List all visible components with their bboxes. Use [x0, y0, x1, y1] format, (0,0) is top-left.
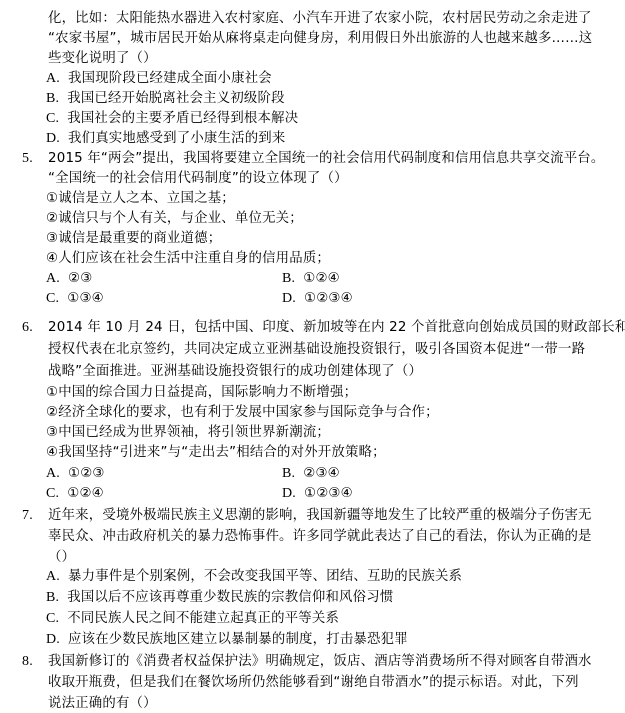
question-6-stem-line-1: 2014 年 10 月 24 日，包括中国、印度、新加坡等在内 22 个首批意向… [48, 318, 625, 338]
question-5-statement-1: ①诚信是立人之本、立国之基； [46, 189, 235, 209]
option-letter: A. [46, 569, 60, 584]
question-4-option-c: C.我国社会的主要矛盾已经得到根本解决 [46, 109, 298, 129]
question-6-statement-2: ②经济全球化的要求，也有利于发展中国家参与国际竞争与合作； [46, 403, 439, 423]
option-text: ②③④ [303, 466, 340, 481]
option-text: 我们真实地感受到了小康生活的到来 [68, 131, 285, 146]
question-5-option-d: D.①②③④ [282, 289, 353, 309]
question-8-stem-line-3: 说法正确的有（） [48, 694, 157, 713]
question-6-option-b: B.②③④ [282, 464, 340, 484]
question-8-stem-line-1: 我国新修订的《消费者权益保护法》明确规定，饭店、酒店等消费场所不得对顾客自带酒水 [48, 652, 592, 672]
question-6-statement-3: ③中国已经成为世界领袖，将引领世界新潮流； [46, 423, 330, 443]
question-4-option-b: B.我国已经开始脱离社会主义初级阶段 [46, 89, 285, 109]
question-6-option-a: A.①②③ [46, 464, 105, 484]
option-text: 我国社会的主要矛盾已经得到根本解决 [67, 111, 298, 126]
question-number: 6. [22, 318, 33, 338]
question-6-option-d: D.①②③④ [282, 484, 353, 504]
option-letter: B. [46, 590, 59, 605]
option-text: 不同民族人民之间不能建立起真正的平等关系 [67, 611, 339, 626]
option-letter: C. [46, 291, 59, 306]
option-letter: B. [282, 271, 295, 286]
option-letter: D. [282, 291, 296, 306]
question-5-stem-line-2: “全国统一的社会信用代码制度”的设立体现了（） [48, 169, 348, 189]
option-letter: A. [46, 271, 60, 286]
option-text: ①②③④ [304, 291, 353, 306]
option-letter: D. [46, 632, 60, 647]
question-7-option-c: C.不同民族人民之间不能建立起真正的平等关系 [46, 609, 339, 629]
question-8-stem-line-2: 收取开瓶费，但是我们在餐饮场所仍然能够看到“谢绝自带酒水”的提示标语。对此，下列 [48, 673, 579, 693]
question-7-stem-line-2: 辜民众、冲击政府机关的暴力恐怖事件。许多同学就此表达了自己的看法，你认为正确的是 [48, 527, 592, 547]
question-6-stem-line-3: 战略”全面推进。亚洲基础设施投资银行的成功创建体现了（） [48, 362, 422, 382]
question-4-option-a: A.我国现阶段已经建成全面小康社会 [46, 69, 272, 89]
option-text: ①②④ [67, 486, 104, 501]
option-text: ①②④ [303, 271, 340, 286]
option-letter: D. [282, 486, 296, 501]
option-letter: A. [46, 466, 60, 481]
question-6-option-c: C.①②④ [46, 484, 104, 504]
question-4-stem-line-3: 些变化说明了（） [48, 49, 157, 69]
question-7-option-b: B.我国以后不应该再尊重少数民族的宗教信仰和风俗习惯 [46, 588, 393, 608]
question-5-statement-4: ④人们应该在社会生活中注重自身的信用品质； [46, 249, 330, 269]
question-4-stem-line-2: “农家书屋”，城市居民开始从麻将桌走向健身房，利用假日外出旅游的人也越来越多……… [48, 29, 592, 49]
question-5-statement-3: ③诚信是最重要的商业道德； [46, 229, 221, 249]
option-text: 我国以后不应该再尊重少数民族的宗教信仰和风俗习惯 [67, 590, 393, 605]
question-6-statement-4: ④我国坚持“引进来”与“走出去”相结合的对外开放策略； [46, 443, 386, 463]
option-letter: B. [282, 466, 295, 481]
question-number: 7. [22, 506, 33, 526]
option-letter: C. [46, 611, 59, 626]
question-number: 8. [22, 652, 33, 672]
option-letter: D. [46, 131, 60, 146]
option-letter: A. [46, 71, 60, 86]
option-letter: B. [46, 91, 59, 106]
question-7-stem-line-1: 近年来，受境外极端民族主义思潮的影响，我国新疆等地发生了比较严重的极端分子伤害无 [48, 506, 592, 526]
option-text: 暴力事件是个别案例，不会改变我国平等、团结、互助的民族关系 [68, 569, 462, 584]
question-5-option-c: C.①③④ [46, 289, 104, 309]
question-6-stem-line-2: 授权代表在北京签约，共同决定成立亚洲基础设施投资银行，吸引各国资本促进“一带一路 [48, 340, 585, 360]
option-text: ①②③ [68, 466, 105, 481]
question-5-option-a: A.②③ [46, 269, 92, 289]
question-5-option-b: B.①②④ [282, 269, 340, 289]
question-7-option-a: A.暴力事件是个别案例，不会改变我国平等、团结、互助的民族关系 [46, 567, 462, 587]
question-number: 5. [22, 149, 33, 169]
option-text: 我国现阶段已经建成全面小康社会 [68, 71, 272, 86]
question-4-option-d: D.我们真实地感受到了小康生活的到来 [46, 129, 285, 149]
question-4-stem-line-1: 化，比如：太阳能热水器进入农村家庭、小汽车开进了农家小院，农村居民劳动之余走进了 [48, 9, 592, 29]
option-text: ①②③④ [304, 486, 353, 501]
option-letter: C. [46, 486, 59, 501]
option-text: 我国已经开始脱离社会主义初级阶段 [67, 91, 284, 106]
question-5-stem-line-1: 2015 年“两会”提出，我国将要建立全国统一的社会信用代码制度和信用信息共享交… [48, 149, 604, 169]
option-text: 应该在少数民族地区建立以暴制暴的制度，打击暴恐犯罪 [68, 632, 408, 647]
option-text: ①③④ [67, 291, 104, 306]
question-7-option-d: D.应该在少数民族地区建立以暴制暴的制度，打击暴恐犯罪 [46, 630, 408, 650]
option-letter: C. [46, 111, 59, 126]
question-6-statement-1: ①中国的综合国力日益提高，国际影响力不断增强； [46, 383, 357, 403]
question-5-statement-2: ②诚信只与个人有关，与企业、单位无关； [46, 209, 303, 229]
question-7-stem-line-3: （） [48, 548, 75, 568]
option-text: ②③ [68, 271, 92, 286]
